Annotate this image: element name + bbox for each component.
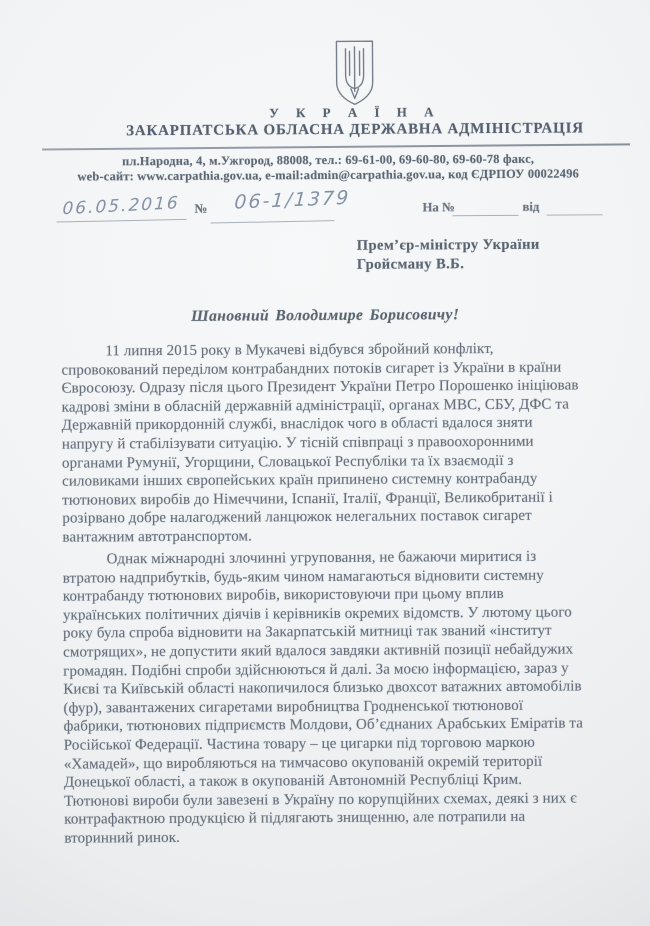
scanned-letter-photo: У К Р А Ї Н А ЗАКАРПАТСЬКА ОБЛАСНА ДЕРЖА… [0, 0, 650, 926]
recipient-title: Прем’єр-міністру України [357, 236, 540, 256]
date-underline [57, 219, 187, 223]
incoming-number-underline [452, 215, 518, 216]
body-line: вторинний ринок. [64, 826, 626, 848]
salutation: Шановний Володимире Борисовичу! [191, 306, 459, 326]
body-paragraph-2: Однак міжнародні злочинні угруповання, н… [63, 547, 627, 848]
incoming-number-label: На № [422, 200, 455, 215]
letterhead-divider [42, 143, 630, 150]
body-line: Києві та Київській області накопичилося … [63, 677, 625, 699]
recipient-name: Гройсману В.Б. [357, 254, 540, 274]
incoming-date-label: від [522, 200, 539, 215]
body-line: втратою надприбутків, будь-яким чином на… [63, 566, 625, 588]
number-sign-label: № [194, 202, 207, 217]
body-line: фабрики, тютюнових підприємств Молдови, … [64, 715, 626, 737]
incoming-date-underline [546, 214, 602, 215]
body-line: «Хамадей», що виробляються на тимчасово … [64, 752, 626, 774]
ukraine-trident-coat-of-arms-icon [328, 40, 380, 106]
body-line: вантажним автотранспортом. [62, 525, 624, 547]
handwritten-date: 06.05.2016 [62, 193, 180, 219]
body-line: Тютюнові вироби були завезені в Україну … [64, 789, 626, 811]
body-line: тютюнових виробів до Німеччини, Іспанії,… [62, 488, 624, 510]
letter-sheet: У К Р А Ї Н А ЗАКАРПАТСЬКА ОБЛАСНА ДЕРЖА… [0, 0, 650, 926]
organization-title: ЗАКАРПАТСЬКА ОБЛАСНА ДЕРЖАВНА АДМІНІСТРА… [31, 120, 650, 141]
body-line: кадрові зміни в обласній державній адмін… [62, 395, 624, 417]
handwritten-outgoing-number: 06-1/1379 [234, 187, 351, 214]
body-paragraph-1: 11 липня 2015 року в Мукачеві відбувся з… [61, 339, 624, 547]
recipient-block: Прем’єр-міністру України Гройсману В.Б. [357, 236, 540, 274]
number-underline [211, 220, 335, 223]
letterhead-contacts-line: web-сайт: www.carpathia.gov.ua, e-mail:a… [44, 166, 612, 184]
